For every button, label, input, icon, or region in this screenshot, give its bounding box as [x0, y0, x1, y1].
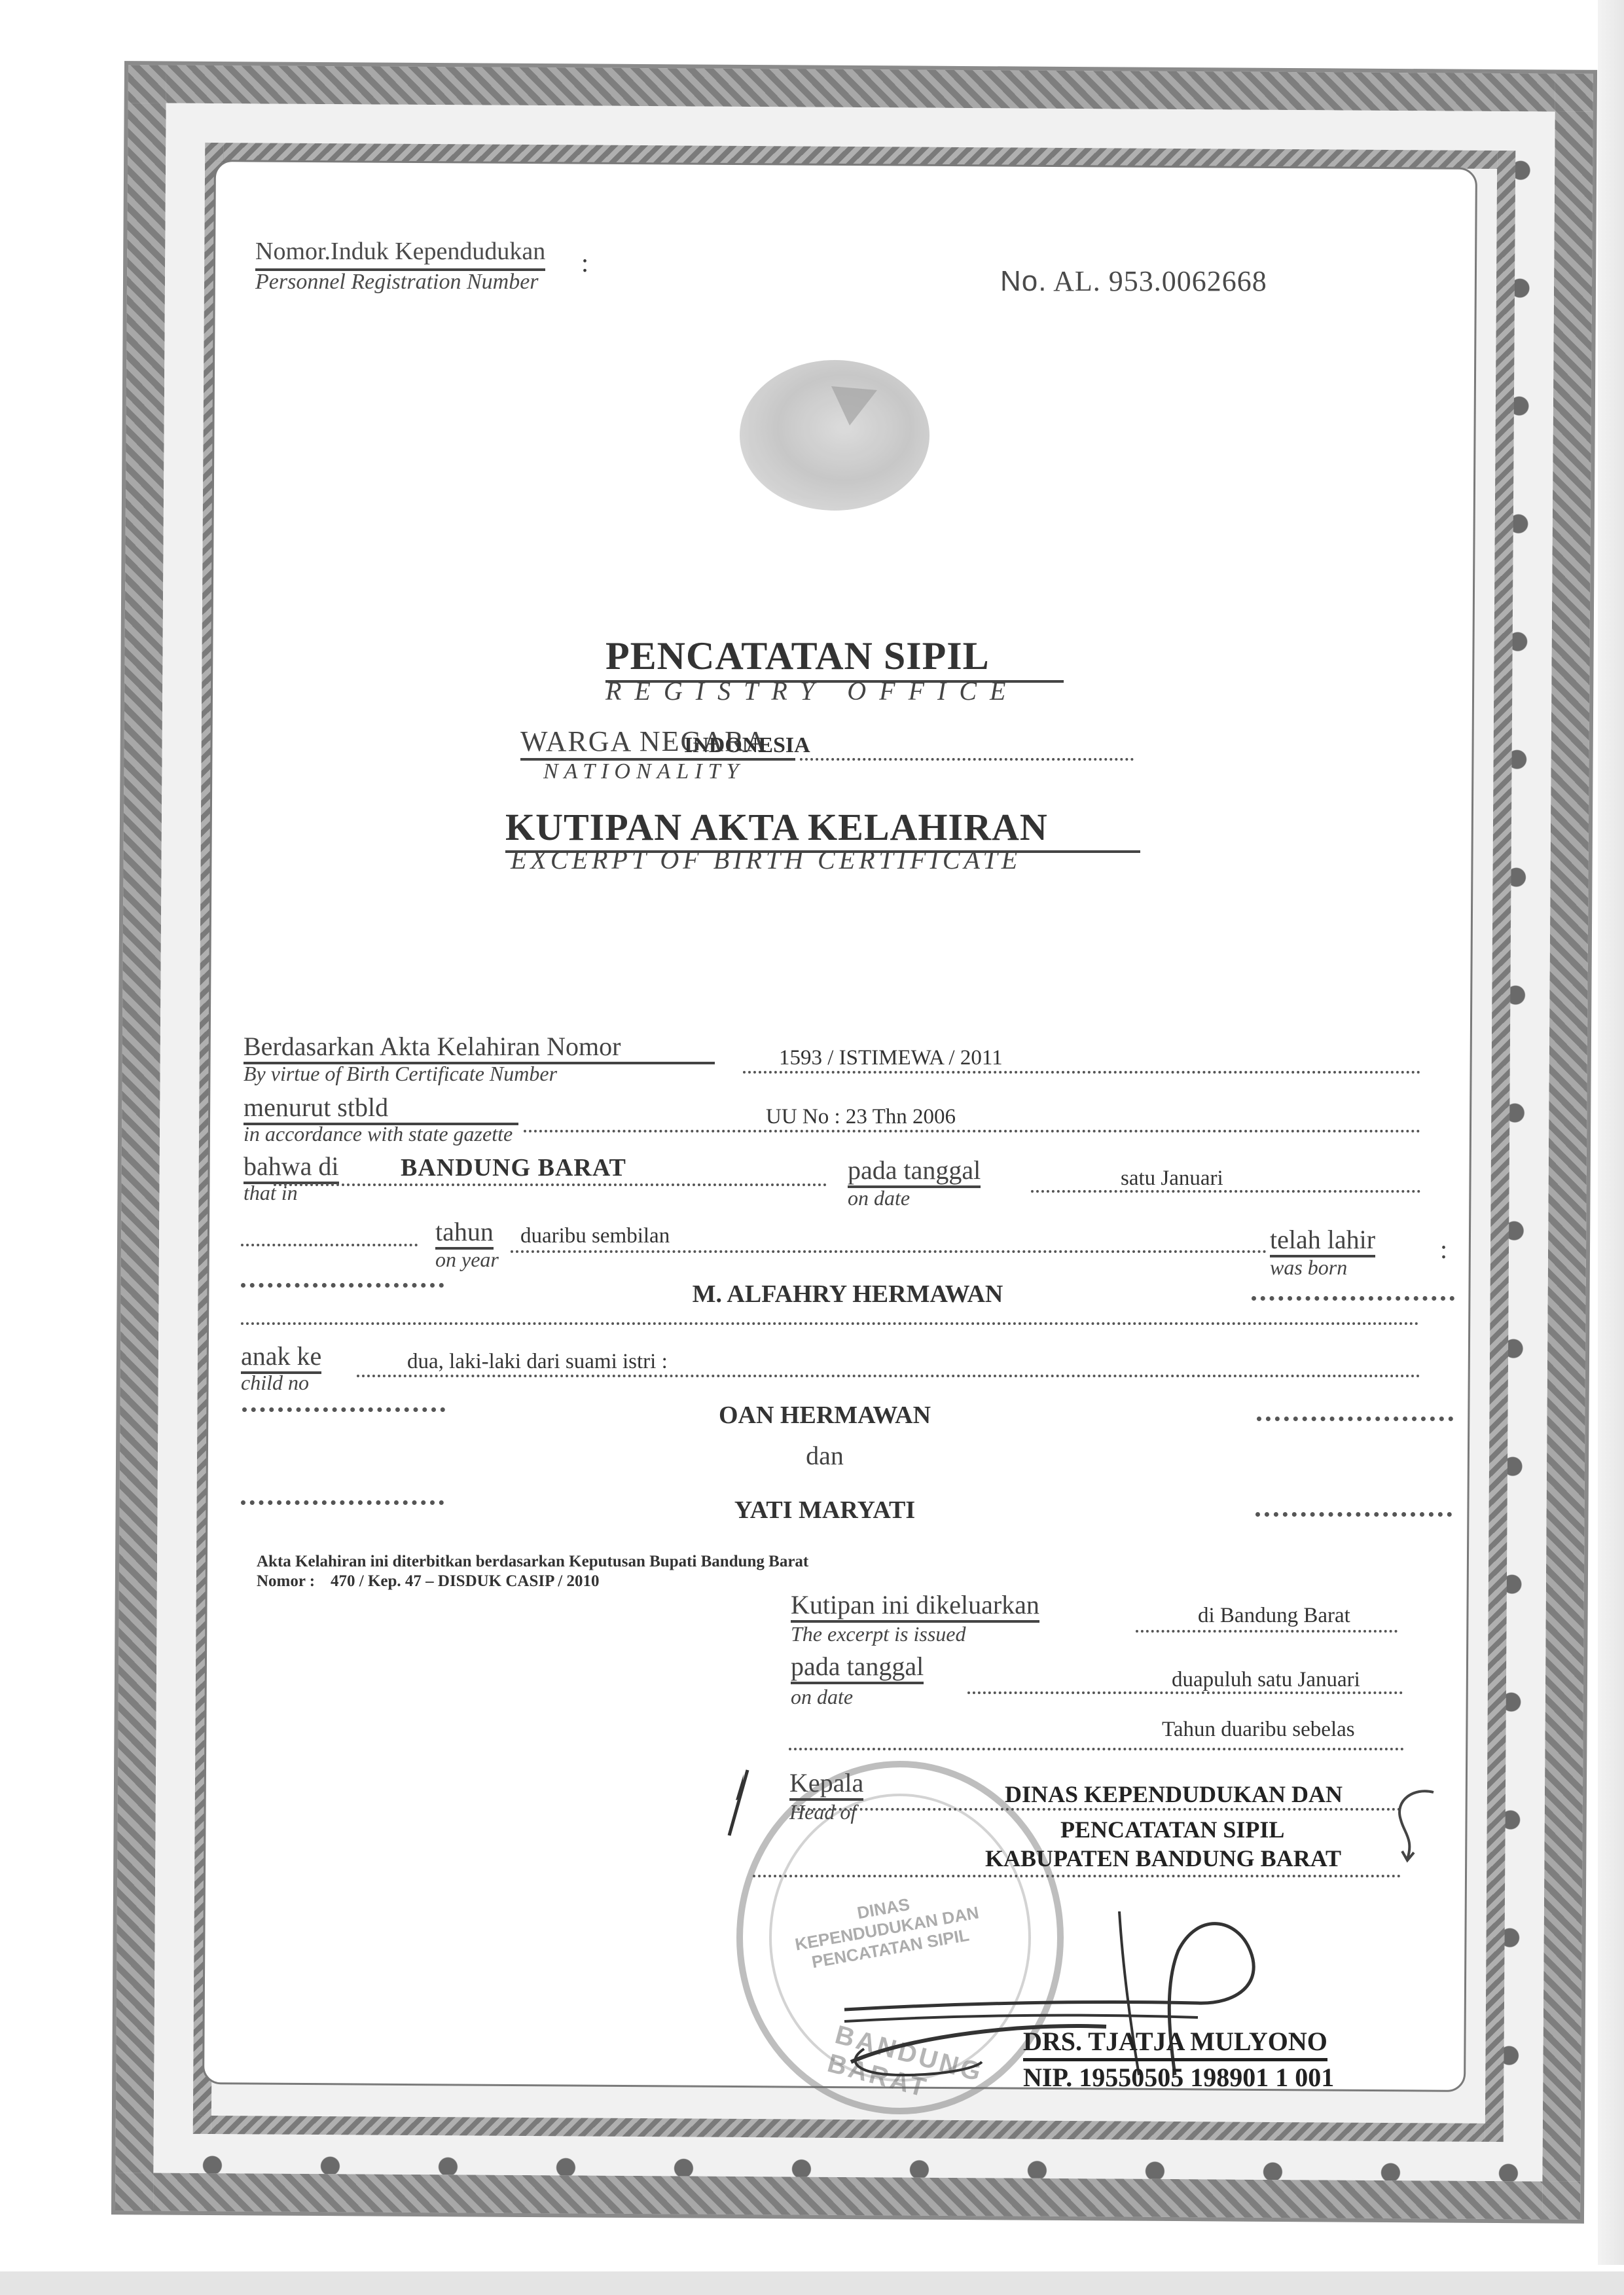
issued-year-value: Tahun duaribu sebelas — [1162, 1718, 1355, 1742]
nik-colon: : — [581, 247, 588, 278]
dotted-line — [357, 1375, 1420, 1377]
birth-date-label: pada tanggal — [848, 1155, 981, 1188]
scan-edge-shadow — [1598, 0, 1624, 2265]
birth-date-value: satu Januari — [1121, 1166, 1223, 1191]
cert-number-value: 1593 / ISTIMEWA / 2011 — [779, 1046, 1003, 1070]
certificate-number-value: AL. 953.0062668 — [1053, 265, 1267, 297]
born-colon: : — [1440, 1234, 1447, 1265]
nationality-dotted-line — [800, 758, 1134, 761]
decree-number-value: 470 / Kep. 47 – DISDUK CASIP / 2010 — [331, 1572, 599, 1591]
child-no-value: dua, laki-laki dari suami istri : — [407, 1350, 668, 1374]
dash-filler — [1255, 1512, 1452, 1517]
dotted-line — [967, 1691, 1403, 1694]
gazette-label: menurut stbld — [244, 1092, 518, 1125]
garuda-emblem-icon — [740, 360, 929, 511]
place-value: BANDUNG BARAT — [401, 1153, 626, 1182]
head-label: Kepala — [789, 1767, 863, 1801]
born-label: telah lahir — [1270, 1224, 1375, 1257]
place-label: bahwa di — [244, 1151, 339, 1184]
born-label-en: was born — [1270, 1256, 1347, 1280]
decree-number-label: Nomor : — [257, 1572, 315, 1591]
dash-filler — [242, 1407, 445, 1412]
office-title-en: REGISTRY OFFICE — [605, 676, 1019, 706]
issued-date-label: pada tanggal — [791, 1651, 924, 1684]
dotted-line — [743, 1071, 1420, 1074]
department-line-2: PENCATATAN SIPIL — [1060, 1816, 1284, 1843]
scan-bottom-edge — [0, 2271, 1624, 2295]
issued-date-label-en: on date — [791, 1685, 853, 1709]
pen-mark-icon — [725, 1767, 751, 1839]
dash-filler — [1252, 1296, 1454, 1301]
head-label-en: Head of — [789, 1800, 856, 1824]
handwritten-mark-icon — [1388, 1787, 1440, 1866]
dotted-line — [789, 1748, 1404, 1750]
dotted-line — [1136, 1630, 1398, 1633]
dotted-line — [274, 1184, 827, 1186]
cert-number-label: Berdasarkan Akta Kelahiran Nomor — [244, 1031, 715, 1064]
certificate-number-prefix: No. — [1000, 265, 1047, 297]
conjunction: dan — [782, 1440, 867, 1471]
department-line-1: DINAS KEPENDUDUKAN DAN — [1005, 1780, 1343, 1808]
birth-year-label-en: on year — [435, 1248, 499, 1272]
decree-note: Akta Kelahiran ini diterbitkan berdasark… — [257, 1553, 808, 1571]
dash-filler — [241, 1500, 444, 1505]
issued-place-value: di Bandung Barat — [1198, 1604, 1350, 1628]
certificate-number: No. AL. 953.0062668 — [1000, 264, 1267, 298]
cert-number-label-en: By virtue of Birth Certificate Number — [244, 1062, 557, 1086]
dash-filler — [1257, 1417, 1453, 1421]
gazette-value: UU No : 23 Thn 2006 — [766, 1105, 956, 1129]
child-name: M. ALFAHRY HERMAWAN — [635, 1280, 1060, 1309]
dotted-line — [241, 1322, 1419, 1325]
mother-name: YATI MARYATI — [655, 1496, 995, 1525]
dash-filler — [241, 1283, 444, 1288]
department-line-3: KABUPATEN BANDUNG BARAT — [985, 1845, 1341, 1872]
child-no-label-en: child no — [241, 1371, 309, 1395]
dotted-line — [1031, 1190, 1420, 1193]
issued-date-value: duapuluh satu Januari — [1172, 1668, 1360, 1692]
nik-label-en: Personnel Registration Number — [255, 270, 539, 295]
dotted-line — [241, 1244, 418, 1246]
birth-year-value: duaribu sembilan — [520, 1224, 670, 1248]
dotted-line — [524, 1130, 1420, 1132]
issued-label-en: The excerpt is issued — [791, 1622, 966, 1646]
nik-label: Nomor.Induk Kependudukan — [255, 237, 545, 271]
dotted-line — [792, 1808, 1401, 1811]
birth-date-label-en: on date — [848, 1186, 910, 1210]
signatory-nip: NIP. 19550505 198901 1 001 — [1023, 2062, 1334, 2093]
nationality-value: INDONESIA — [684, 733, 810, 758]
dotted-line — [511, 1250, 1267, 1253]
nationality-label-en: NATIONALITY — [543, 759, 744, 784]
signatory-name: DRS. TJATJA MULYONO — [1023, 2026, 1327, 2061]
gazette-label-en: in accordance with state gazette — [244, 1122, 513, 1146]
document-title-en: EXCERPT OF BIRTH CERTIFICATE — [511, 844, 1021, 875]
birth-year-label: tahun — [435, 1216, 494, 1250]
issued-label: Kutipan ini dikeluarkan — [791, 1589, 1039, 1623]
father-name: OAN HERMAWAN — [655, 1401, 995, 1430]
child-no-label: anak ke — [241, 1341, 321, 1374]
dotted-line — [753, 1875, 1401, 1877]
